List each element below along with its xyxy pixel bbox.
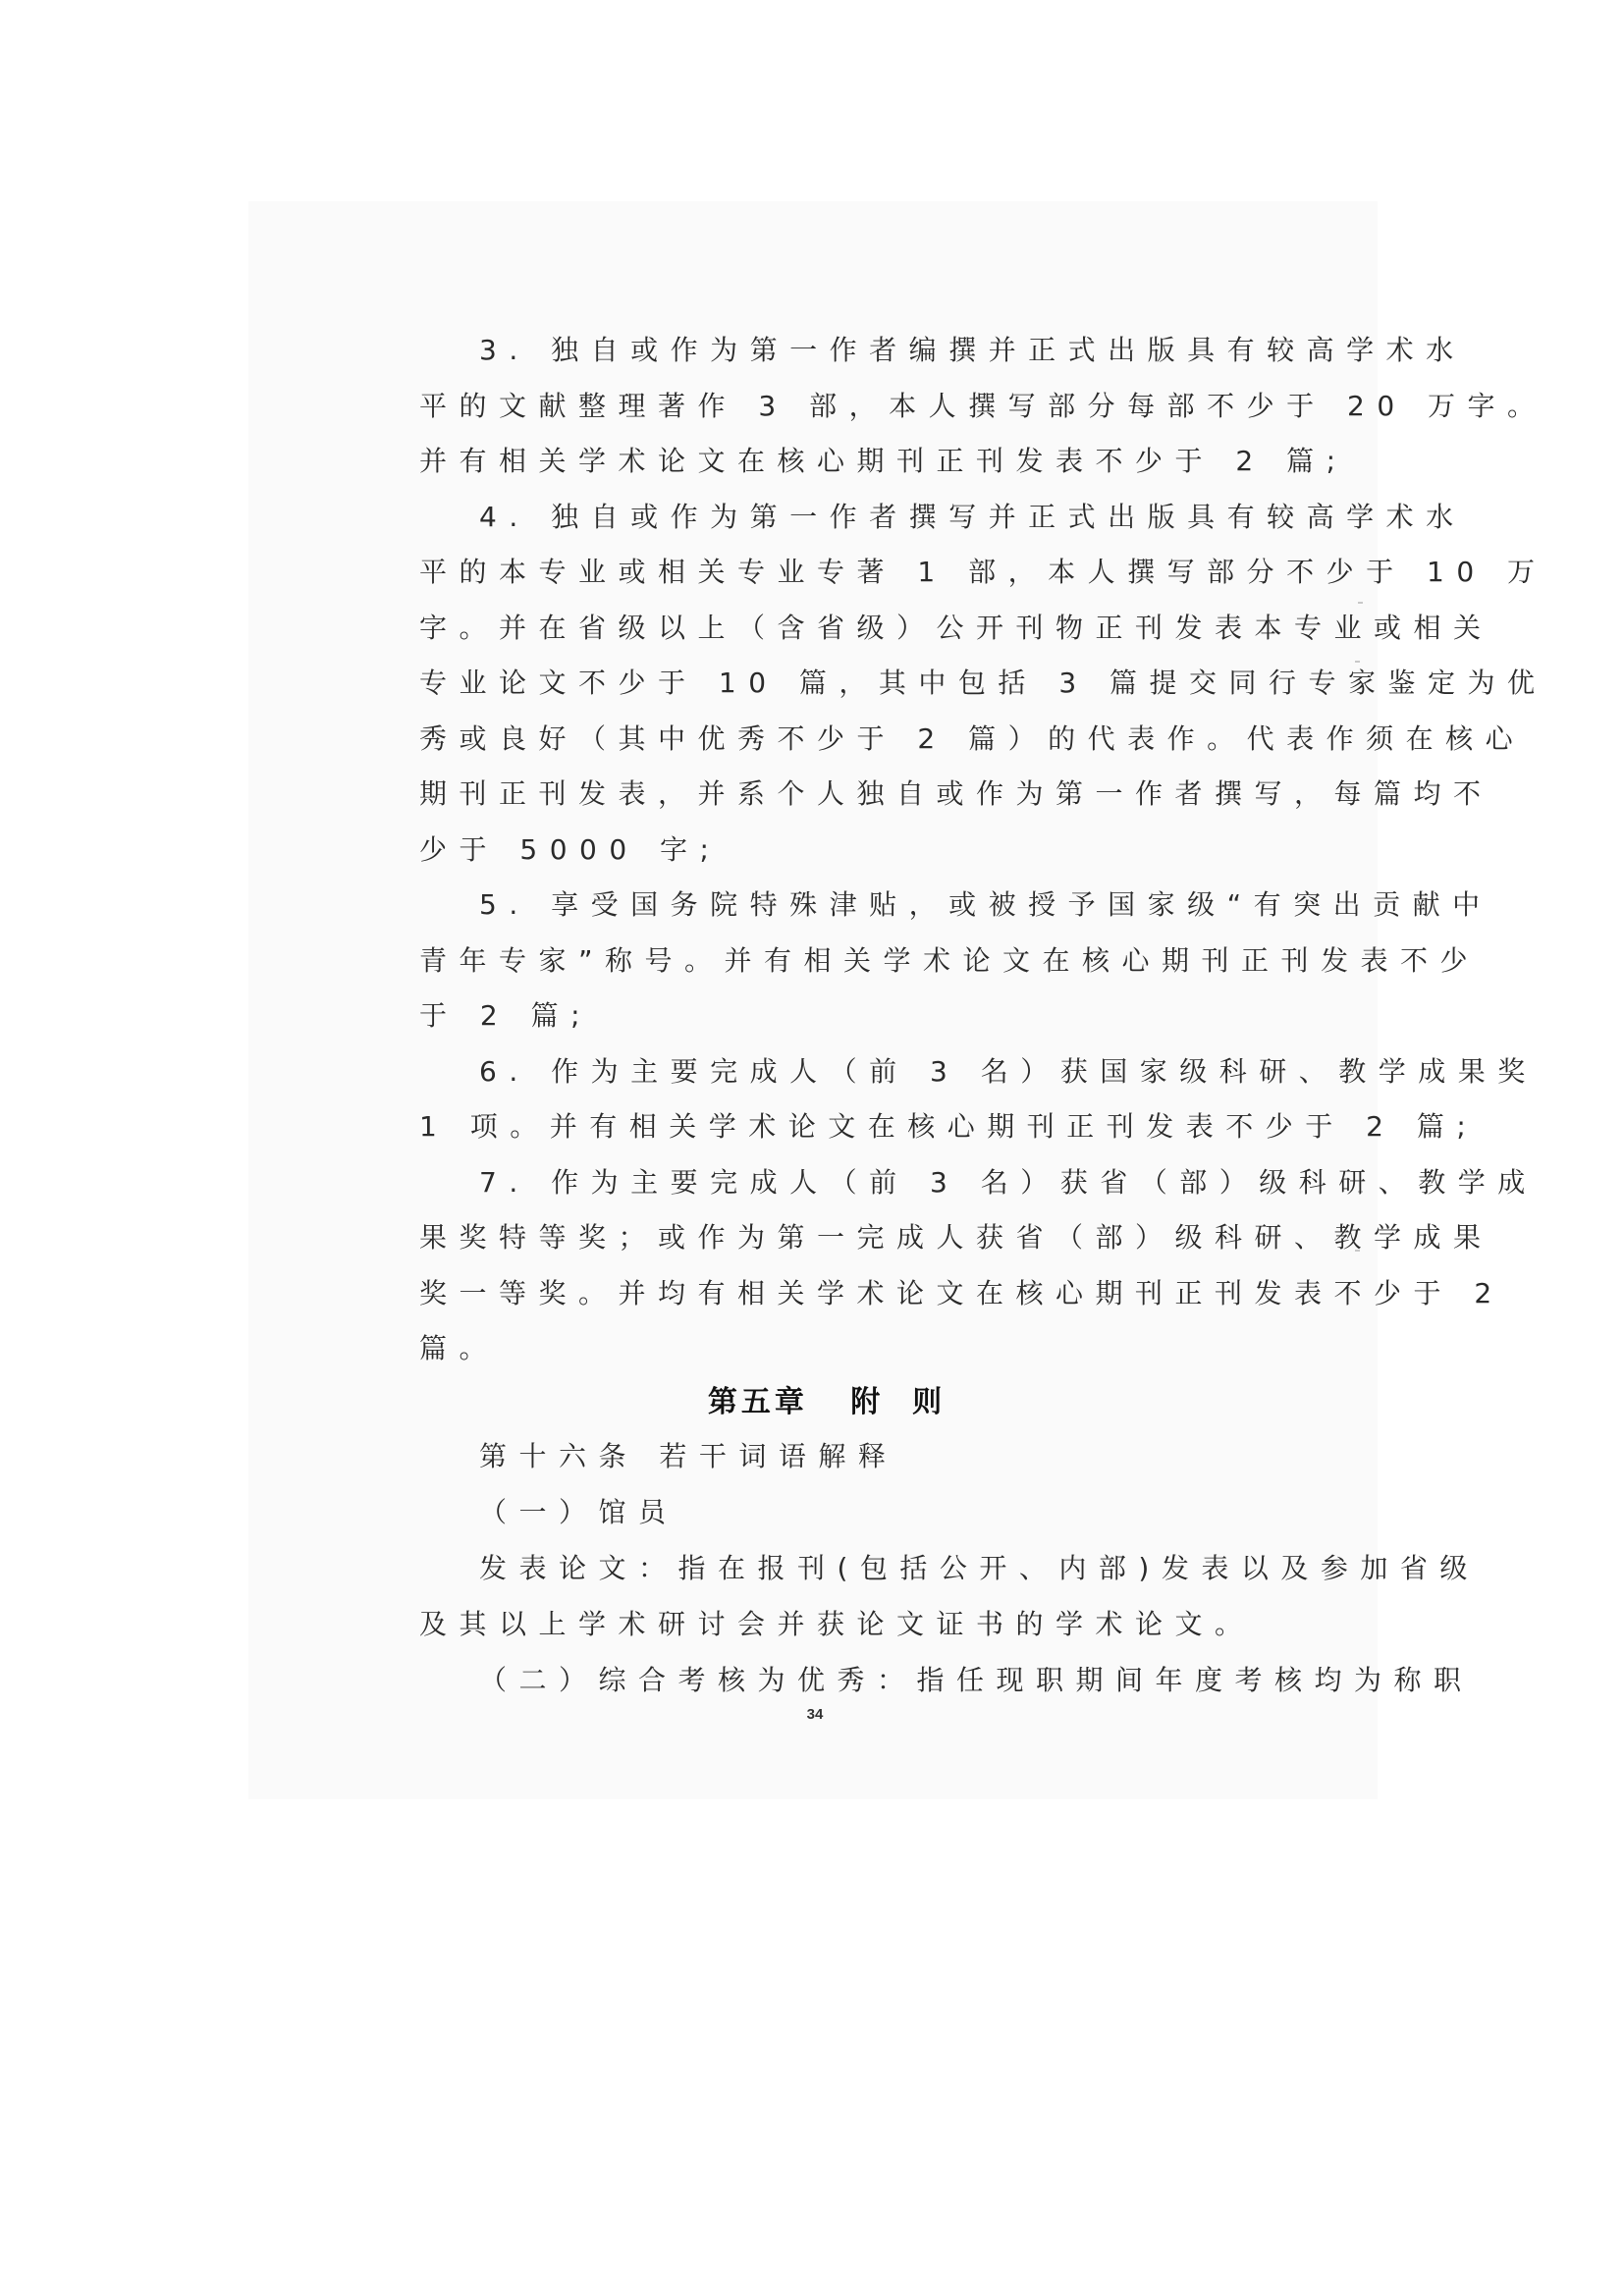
page-number: 34 [785, 1706, 844, 1723]
text-line: 篇。 [419, 1321, 1234, 1376]
text-line: 平的文献整理著作 3 部，本人撰写部分每部不少于 20 万字。 [419, 379, 1234, 434]
text-line: 果奖特等奖；或作为第一完成人获省（部）级科研、教学成果 [419, 1210, 1234, 1265]
text-line: 平的本专业或相关专业专著 1 部，本人撰写部分不少于 10 万 [419, 545, 1234, 600]
text-line: 4. 独自或作为第一作者撰写并正式出版具有较高学术水 [419, 490, 1234, 545]
text-line: 奖一等奖。并均有相关学术论文在核心期刊正刊发表不少于 2 [419, 1266, 1234, 1321]
section-title: （二）综合考核为优秀：指任现职期间年度考核均为称职 [419, 1653, 1234, 1708]
text-line: 3. 独自或作为第一作者编撰并正式出版具有较高学术水 [419, 323, 1234, 378]
section-title: （一）馆员 [419, 1485, 1234, 1540]
scan-artifact [1355, 661, 1360, 663]
text-line: 1 项。并有相关学术论文在核心期刊正刊发表不少于 2 篇; [419, 1099, 1234, 1154]
text-line: 期刊正刊发表，并系个人独自或作为第一作者撰写，每篇均不 [419, 767, 1234, 822]
text-line: 及其以上学术研讨会并获论文证书的学术论文。 [419, 1597, 1234, 1652]
chapter-heading: 第五章 附 则 [419, 1375, 1234, 1430]
text-line: 字。并在省级以上（含省级）公开刊物正刊发表本专业或相关 [419, 601, 1234, 656]
text-line: 青年专家”称号。并有相关学术论文在核心期刊正刊发表不少 [419, 934, 1234, 988]
text-line: 专业论文不少于 10 篇，其中包括 3 篇提交同行专家鉴定为优 [419, 656, 1234, 711]
scan-artifact [1358, 602, 1363, 604]
text-line: 并有相关学术论文在核心期刊正刊发表不少于 2 篇; [419, 434, 1234, 489]
text-line: 6. 作为主要完成人（前 3 名）获国家级科研、教学成果奖 [419, 1044, 1234, 1099]
text-line: 秀或良好（其中优秀不少于 2 篇）的代表作。代表作须在核心 [419, 712, 1234, 767]
text-line: 7. 作为主要完成人（前 3 名）获省（部）级科研、教学成 [419, 1155, 1234, 1210]
text-line: 发表论文：指在报刊(包括公开、内部)发表以及参加省级 [419, 1541, 1234, 1596]
text-line: 于 2 篇; [419, 988, 1234, 1043]
text-line: 5. 享受国务院特殊津贴，或被授予国家级“有突出贡献中 [419, 878, 1234, 933]
text-line: 少于 5000 字; [419, 823, 1234, 878]
article-title: 第十六条 若干词语解释 [419, 1429, 1234, 1484]
